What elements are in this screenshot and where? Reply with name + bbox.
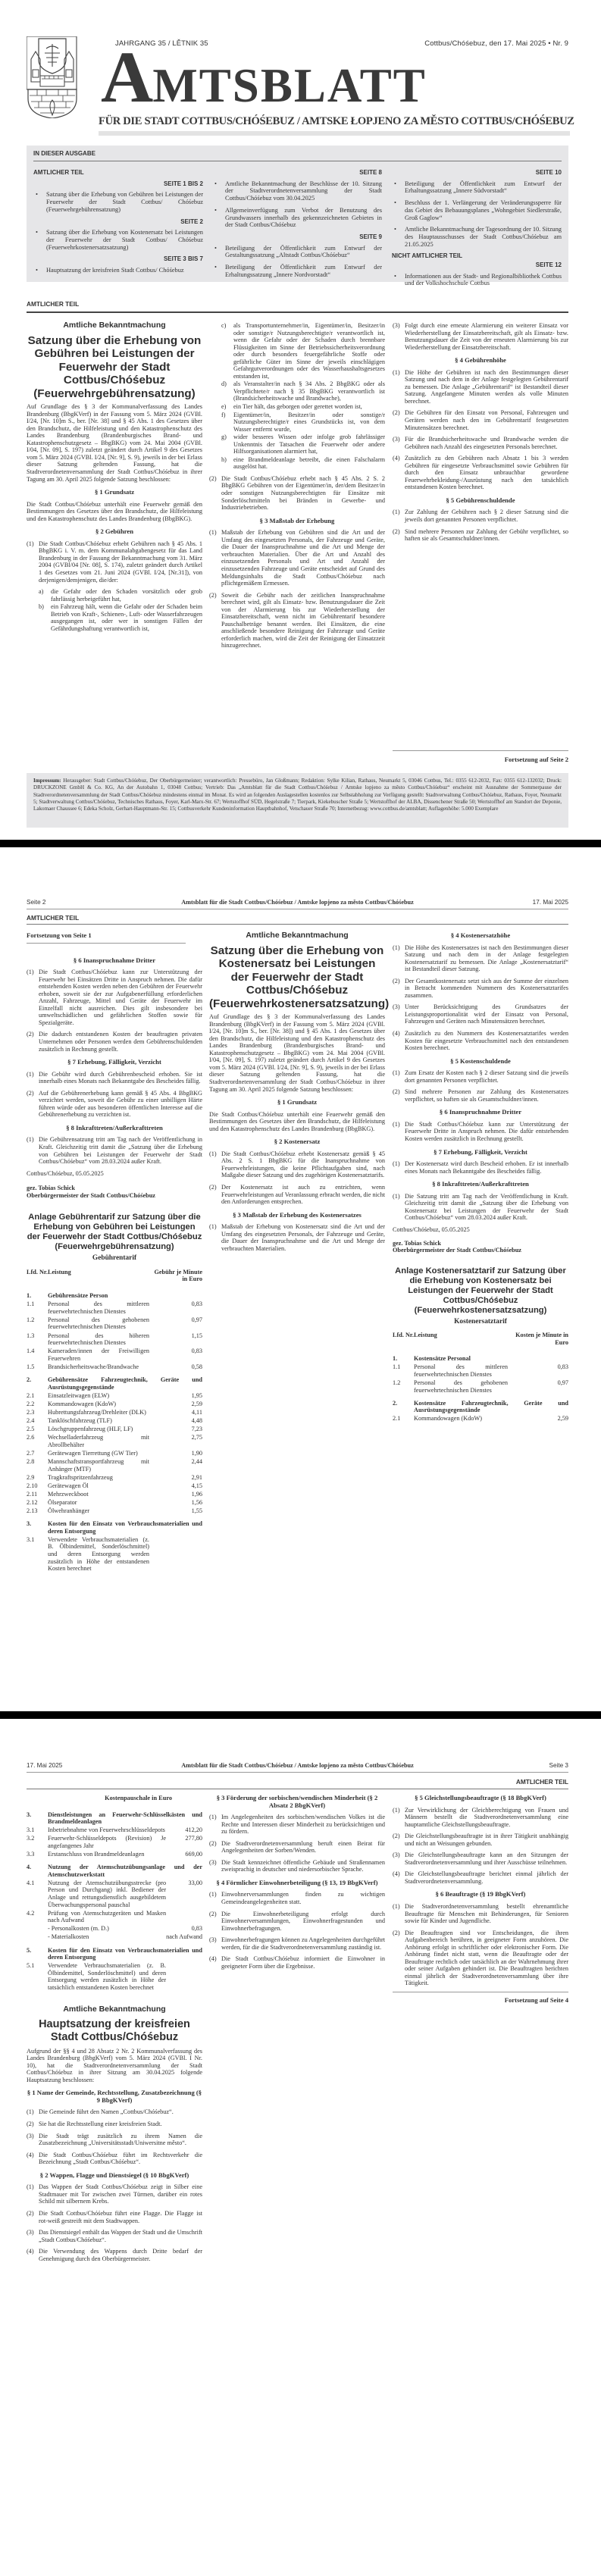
issue-dateline: Cottbus/Chóśebuz, den 17. Mai 2025 • Nr.… <box>424 39 568 48</box>
toc-item[interactable]: Satzung über die Erhebung von Kostenersa… <box>33 229 203 251</box>
section-rule <box>27 311 568 313</box>
table-group-row: 3.Kosten für den Einsatz von Verbrauchsm… <box>27 1516 202 1536</box>
toc-item[interactable]: Amtliche Bekanntmachung der Tagesordnung… <box>392 226 562 248</box>
fee-table: Lfd. Nr. Leistung Gebühr je Minute in Eu… <box>27 1269 202 1573</box>
table-row: 2.5Löschgruppenfahrzeug (HLF, LF)7,23 <box>27 1426 202 1434</box>
toc-item[interactable]: Hauptsatzung der kreisfreien Stadt Cottb… <box>33 267 203 274</box>
article-column-3: § 4 Kostenersatzhöhe (1)Die Höhe des Kos… <box>393 932 568 1424</box>
toc-item[interactable]: Beteiligung der Öffentlichkeit zum Entwu… <box>392 180 562 195</box>
toc-item[interactable]: Beteiligung der Öffentlichkeit zum Entwu… <box>212 264 382 278</box>
article-title: Satzung über die Erhebung von Kostenersa… <box>209 944 385 1011</box>
publication-subtitle: FÜR DIE STADT COTTBUS/CHÓŚEBUZ / AMTSKE … <box>99 115 570 128</box>
preamble: Auf Grundlage des § 3 der Kommunalverfas… <box>27 403 202 483</box>
table-row: 3.3Erstanschluss von Brandmeldeanlagen66… <box>27 1851 202 1859</box>
article-column-3: (3)Folgt durch eine erneute Alarmierung … <box>393 322 568 547</box>
paragraph-heading: § 2 Gebühren <box>27 528 202 536</box>
table-row: 2.3Hubrettungsfahrzeug/Drehleiter (DLK)4… <box>27 1409 202 1417</box>
table-row: 1.2Personal des gehobenen feuerwehrtechn… <box>393 1379 568 1395</box>
impressum: Impressum: Herausgeber: Stadt Cottbus/Ch… <box>27 773 568 828</box>
cost-table: Lfd. Nr. Leistung Kosten je Minute in Eu… <box>393 1332 568 1423</box>
table-row: 2.8Mannschaftstransportfahrzeug mit Anhä… <box>27 1458 202 1474</box>
table-group-row: 3.Dienstleistungen an Feuerwehr-Schlüsse… <box>27 1807 202 1827</box>
table-group-row: 2.Kostensätze Fahrzeugtechnik, Geräte un… <box>393 1395 568 1416</box>
table-row: 2.4Tanklöschfahrzeug (TLF)4,48 <box>27 1417 202 1426</box>
table-group-row: 5.Kosten für den Einsatz von Verbrauchsm… <box>27 1942 202 1963</box>
table-row: 2.9Tragkraftspritzenfahrzeug2,91 <box>27 1474 202 1482</box>
toc-item[interactable]: Amtliche Bekanntmachung der Beschlüsse d… <box>212 180 382 202</box>
paragraph-heading: § 5 Gebührenschuldende <box>393 497 568 505</box>
table-row: 2.2Kommandowagen (KdoW)2,59 <box>27 1401 202 1409</box>
article-column-2: § 3 Förderung der sorbischen/wendischen … <box>209 1795 385 1974</box>
masthead: JAHRGANG 35 / LĚTNIK 35 Cottbus/Chóśebuz… <box>27 36 568 112</box>
table-row: 2.12Ölseparator1,56 <box>27 1499 202 1507</box>
toc-item[interactable]: Satzung über die Erhebung von Gebühren b… <box>33 191 203 213</box>
announcement-kicker: Amtliche Bekanntmachung <box>27 322 202 330</box>
toc-item[interactable]: Allgemeinverfügung zum Verbot der Benutz… <box>212 207 382 229</box>
toc-column-2: SEITE 8 Amtliche Bekanntmachung der Besc… <box>212 169 382 283</box>
table-row: 1.5Brandsicherheitswache/Brandwache0,58 <box>27 1363 202 1372</box>
table-row: 2.11Mehrzweckboot1,96 <box>27 1491 202 1499</box>
table-row: 3.2Feuerwehr-Schlüsseldepots (Revision) … <box>27 1835 202 1851</box>
table-row: 5.1Verwendete Verbrauchsmaterialien (z. … <box>27 1962 202 1992</box>
article-title: Satzung über die Erhebung von Gebühren b… <box>27 334 202 401</box>
table-row: 2.6Wechselladerfahrzeug mit Abrollbehält… <box>27 1434 202 1450</box>
annex-title: Anlage Gebührentarif zur Satzung über di… <box>27 1213 202 1252</box>
column-rule <box>393 750 568 751</box>
continued-link[interactable]: Fortsetzung auf Seite 2 <box>393 756 568 764</box>
table-row: 2.10Gerätewagen Öl4,15 <box>27 1482 202 1491</box>
page-separator <box>0 840 601 847</box>
article-column-2: c)als Transportunternehmer/in, Eigentüme… <box>209 322 385 654</box>
running-title: Amtsblatt für die Stadt Cottbus/Chóśebuz… <box>27 1762 568 1769</box>
annex-title: Anlage Kostenersatztarif zur Satzung übe… <box>393 1266 568 1316</box>
toc-item[interactable]: Beschluss der 1. Verlängerung der Veränd… <box>392 199 562 221</box>
article-column-3: § 5 Gleichstellungsbeauftragte (§ 18 Bbg… <box>393 1795 568 2005</box>
signer-role: Oberbürgermeister der Stadt Cottbus/Chóś… <box>27 1192 202 1200</box>
table-row: - Personalkosten (m. D.)0,83 <box>27 1925 202 1933</box>
table-group-row: 4.Nutzung der Atemschutzübungsanlage und… <box>27 1859 202 1880</box>
fee-table-continued: 3.Dienstleistungen an Feuerwehr-Schlüsse… <box>27 1807 202 1993</box>
table-row: 1.4Kameraden/innen der Freiwilligen Feue… <box>27 1347 202 1363</box>
table-group-row: 1.Gebührensätze Person <box>27 1288 202 1301</box>
toc-item[interactable]: Informationen aus der Stadt- und Regiona… <box>392 273 562 287</box>
article-column-1: Amtliche Bekanntmachung Satzung über die… <box>27 322 202 633</box>
section-header: AMTLICHER TEIL <box>27 914 79 922</box>
article-column-1: Kostenpauschale in Euro 3.Dienstleistung… <box>27 1795 202 2267</box>
table-header: Lfd. Nr. Leistung Kosten je Minute in Eu… <box>393 1332 568 1351</box>
page-separator <box>0 1711 601 1719</box>
section-header: AMTLICHER TEIL <box>27 300 79 308</box>
table-row: 4.2Prüfung von Atemschutzgeräten und Mas… <box>27 1910 202 1926</box>
toc-column-1: AMTLICHER TEIL SEITE 1 BIS 2 Satzung übe… <box>33 169 203 279</box>
article-column-2: Amtliche Bekanntmachung Satzung über die… <box>209 932 385 1257</box>
table-row: 4.1Nutzung der Atemschutzübungsstrecke (… <box>27 1880 202 1910</box>
publication-title: AMTSBLATT <box>101 41 427 114</box>
table-row: 1.1Personal des mittleren feuerwehrtechn… <box>27 1301 202 1316</box>
running-title: Amtsblatt für die Stadt Cottbus/Chóśebuz… <box>27 899 568 906</box>
place-date: Cottbus/Chóśebuz, 05.05.2025 <box>27 1170 202 1178</box>
masthead-rule <box>99 131 570 136</box>
signer-name: gez. Tobias Schick <box>27 1185 202 1192</box>
table-row: 3.1Verwendete Verbrauchsmaterialien (z. … <box>27 1536 202 1573</box>
paragraph-heading: § 1 Grundsatz <box>27 489 202 496</box>
article-column-1: Fortsetzung von Seite 1 § 6 Inanspruchna… <box>27 932 202 1573</box>
paragraph-heading: § 4 Gebührenhöhe <box>393 357 568 365</box>
article-title: Hauptsatzung der kreisfreien Stadt Cottb… <box>27 2018 202 2045</box>
issue-date: 17. Mai 2025 <box>533 899 568 906</box>
table-row: 1.3Personal des höheren feuerwehrtechnis… <box>27 1332 202 1348</box>
toc-item[interactable]: Beteiligung der Öffentlichkeit zum Entwu… <box>212 245 382 259</box>
table-row: 2.7Gerätewagen Tierrettung (GW Tier)1,90 <box>27 1450 202 1458</box>
table-row: 3.1Inbetriebnahme von Feuerwehrschlüssel… <box>27 1826 202 1835</box>
table-header: Lfd. Nr. Leistung Gebühr je Minute in Eu… <box>27 1269 202 1288</box>
paragraph-heading: § 3 Maßstab der Erhebung <box>209 518 385 525</box>
page-3: 17. Mai 2025 Amtsblatt für die Stadt Cot… <box>0 1719 601 2576</box>
page-2: Seite 2 Amtsblatt für die Stadt Cottbus/… <box>0 847 601 1711</box>
table-row: - Materialkostennach Aufwand <box>27 1933 202 1942</box>
page-number: Seite 3 <box>549 1762 569 1769</box>
page-1: JAHRGANG 35 / LĚTNIK 35 Cottbus/Chóśebuz… <box>0 0 601 840</box>
table-header: Kostenpauschale in Euro <box>27 1795 172 1802</box>
table-row: 2.1Kommandowagen (KdoW)2,59 <box>393 1415 568 1423</box>
continued-link[interactable]: Fortsetzung auf Seite 4 <box>393 1992 568 2005</box>
table-group-row: 2.Gebührensätze Fahrzeugtechnik, Geräte … <box>27 1372 202 1392</box>
continued-from: Fortsetzung von Seite 1 <box>27 932 186 944</box>
table-group-row: 1.Kostensätze Personal <box>393 1351 568 1363</box>
toc-column-3: SEITE 10 Beteiligung der Öffentlichkeit … <box>392 169 562 292</box>
table-row: 2.13Ölwehranhänger1,55 <box>27 1507 202 1516</box>
table-row: 1.2Personal des gehobenen feuerwehrtechn… <box>27 1316 202 1332</box>
coat-of-arms-icon <box>27 36 78 118</box>
table-row: 2.1Einsatzleitwagen (ELW)1,95 <box>27 1392 202 1401</box>
toc-heading: IN DIESER AUSGABE <box>33 150 562 161</box>
section-header: AMTLICHER TEIL <box>516 1778 568 1786</box>
table-row: 1.1Personal des mittleren feuerwehrtechn… <box>393 1363 568 1379</box>
table-of-contents: IN DIESER AUSGABE AMTLICHER TEIL SEITE 1… <box>27 146 568 282</box>
